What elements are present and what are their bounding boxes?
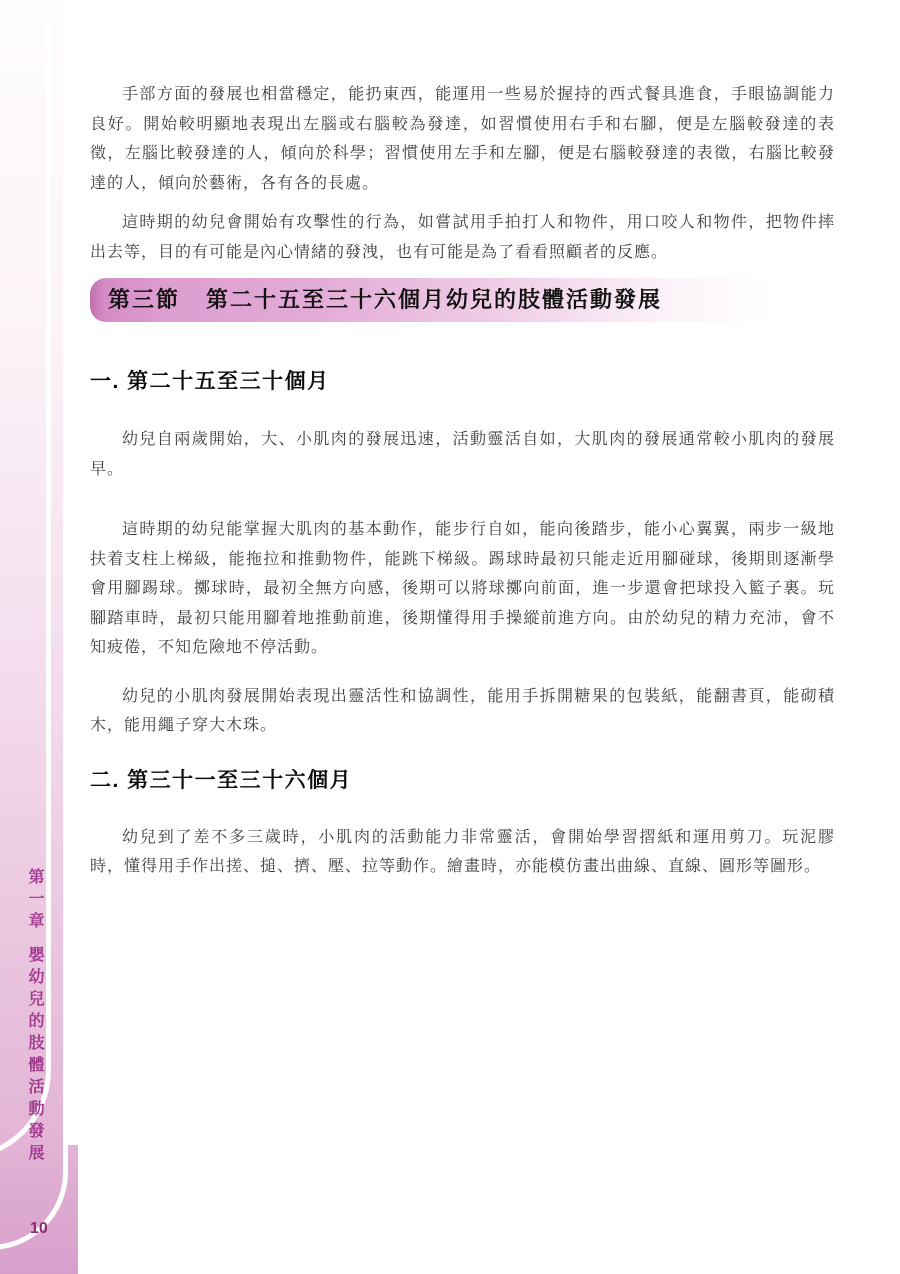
section-banner: 第三節 第二十五至三十六個月幼兒的肢體活動發展 — [90, 278, 835, 322]
section-title: 第二十五至三十六個月幼兒的肢體活動發展 — [206, 278, 662, 322]
subheading-31-36-months: 二. 第三十一至三十六個月 — [90, 768, 835, 794]
chapter-title: 嬰幼兒的肢體活動發展 — [26, 946, 43, 1166]
subheading-25-30-months: 一. 第二十五至三十個月 — [90, 369, 835, 395]
paragraph-aggressive-behaviour: 這時期的幼兒會開始有攻擊性的行為，如嘗試用手拍打人和物件，用口咬人和物件，把物件… — [90, 208, 835, 267]
sidebar: 第一章嬰幼兒的肢體活動發展 10 — [0, 0, 78, 1274]
chapter-label: 第一章 — [26, 868, 43, 934]
main-content: 手部方面的發展也相當穩定，能扔東西，能運用一些易於握持的西式餐具進食，手眼協調能… — [90, 80, 835, 882]
paragraph-three-years-skills: 幼兒到了差不多三歲時，小肌肉的活動能力非常靈活，會開始學習摺紙和運用剪刀。玩泥膠… — [90, 823, 835, 882]
chapter-vertical-title: 第一章嬰幼兒的肢體活動發展 — [21, 868, 47, 1166]
paragraph-hand-development: 手部方面的發展也相當穩定，能扔東西，能運用一些易於握持的西式餐具進食，手眼協調能… — [90, 80, 835, 198]
paragraph-muscle-growth: 幼兒自兩歲開始，大、小肌肉的發展迅速，活動靈活自如，大肌肉的發展通常較小肌肉的發… — [90, 425, 835, 484]
page-number: 10 — [30, 1220, 48, 1238]
paragraph-fine-motor: 幼兒的小肌肉發展開始表現出靈活性和協調性，能用手拆開糖果的包裝紙，能翻書頁，能砌… — [90, 682, 835, 741]
section-label: 第三節 — [108, 278, 180, 322]
paragraph-gross-motor: 這時期的幼兒能掌握大肌肉的基本動作，能步行自如，能向後踏步，能小心翼翼，兩步一級… — [90, 515, 835, 663]
